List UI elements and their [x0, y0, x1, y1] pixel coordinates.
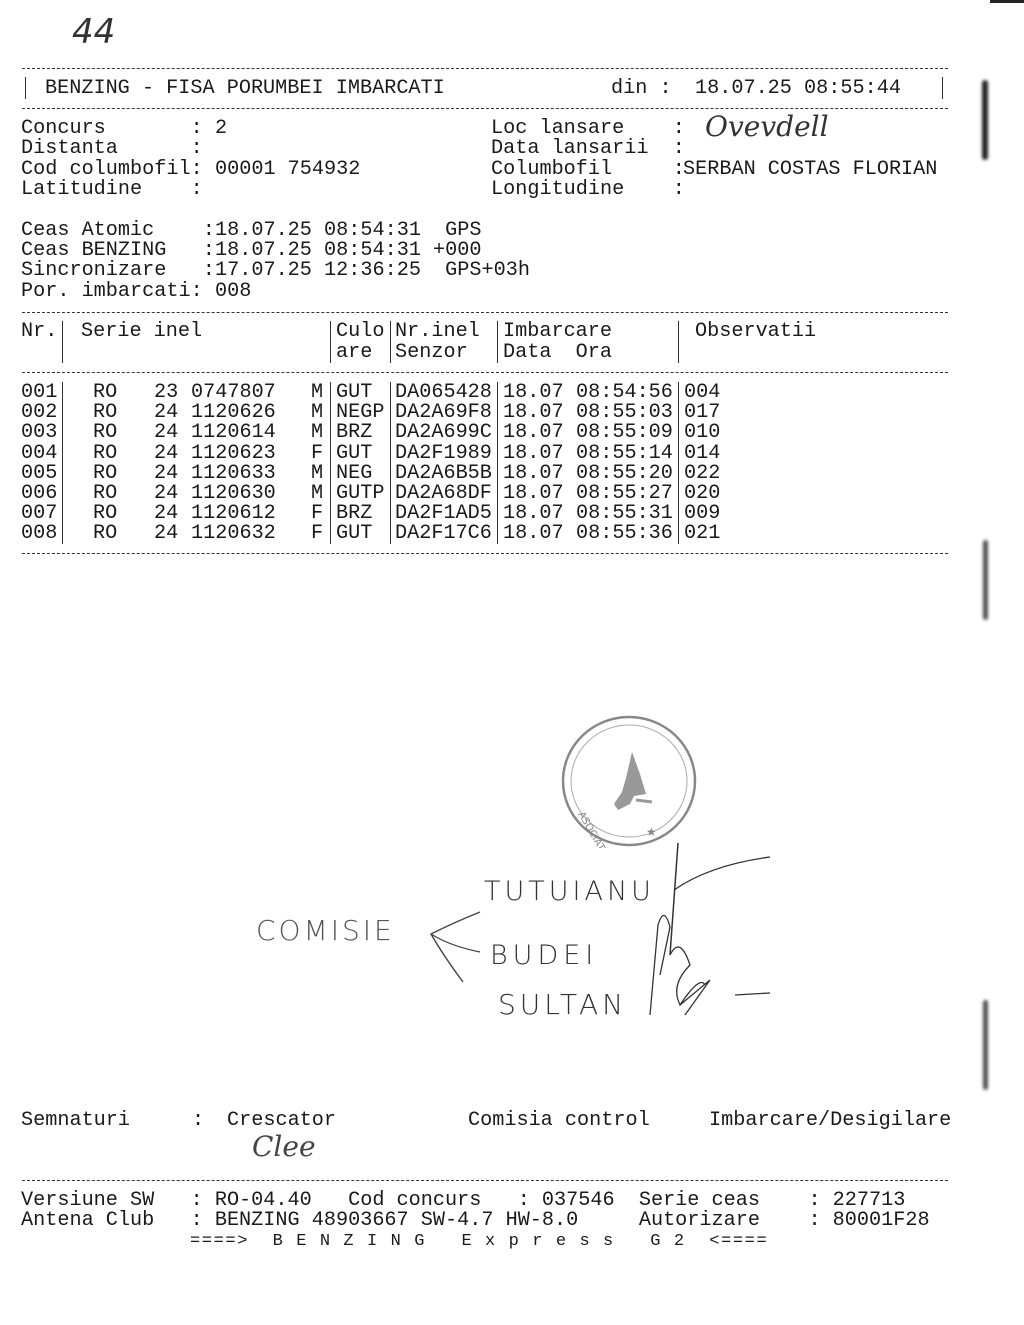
cell-an: 24	[154, 524, 178, 544]
col-nr-header: Nr.	[21, 322, 57, 342]
cell-obs: 017	[684, 403, 720, 423]
column-separator	[390, 422, 391, 443]
column-separator	[330, 463, 331, 484]
column-separator	[497, 382, 498, 403]
cell-sex: M	[311, 383, 323, 403]
document-title: BENZING - FISA PORUMBEI IMBARCATI	[45, 79, 445, 99]
cell-nr: 003	[21, 423, 57, 443]
cell-data: 18.07	[503, 444, 564, 464]
cell-an: 24	[154, 423, 178, 443]
footer-line-2: Antena Club : BENZING 48903667 SW-4.7 HW…	[21, 1211, 930, 1231]
column-separator	[497, 483, 498, 504]
cell-obs: 022	[684, 464, 720, 484]
stamp-icon: ★ ASOCIATIA	[560, 714, 698, 848]
cell-inel: 1120612	[191, 504, 276, 524]
cell-culoare: NEG	[336, 464, 372, 484]
cell-culoare: GUT	[336, 444, 372, 464]
signatures-scribble-icon	[630, 835, 780, 1025]
column-separator	[330, 382, 331, 403]
col-culoare-header-1: Culo	[336, 322, 384, 342]
latitudine-label: Latitudine :	[21, 180, 203, 200]
cell-nr: 002	[21, 403, 57, 423]
cell-ora: 08:55:31	[576, 504, 673, 524]
cell-obs: 009	[684, 504, 720, 524]
table-bottom-rule	[22, 553, 948, 554]
cell-sex: M	[311, 484, 323, 504]
imbarcare-desigilare-label: Imbarcare/Desigilare	[709, 1111, 951, 1131]
cell-ora: 08:55:03	[576, 403, 673, 423]
cell-inel: 1120614	[191, 423, 276, 443]
scan-mark	[982, 80, 988, 160]
table-header-rule	[22, 372, 948, 373]
cell-obs: 014	[684, 444, 720, 464]
cell-ora: 08:55:09	[576, 423, 673, 443]
header-bottom-rule	[22, 108, 948, 109]
scan-mark	[983, 540, 988, 620]
cell-senzor: DA2A699C	[395, 423, 492, 443]
cell-sex: F	[311, 444, 323, 464]
col-imbarcare-header-1: Imbarcare	[503, 322, 612, 342]
cell-culoare: BRZ	[336, 423, 372, 443]
cell-obs: 004	[684, 383, 720, 403]
cell-obs: 021	[684, 524, 720, 544]
handwritten-page-number: 44	[72, 12, 115, 52]
columbofil-value: SERBAN COSTAS FLORIAN	[683, 160, 937, 180]
cell-an: 24	[154, 464, 178, 484]
cell-nr: 001	[21, 383, 57, 403]
cell-senzor: DA2A6B5B	[395, 464, 492, 484]
cell-inel: 1120623	[191, 444, 276, 464]
cell-ora: 08:55:27	[576, 484, 673, 504]
cell-data: 18.07	[503, 484, 564, 504]
cell-senzor: DA2A69F8	[395, 403, 492, 423]
column-separator	[678, 483, 679, 504]
cell-sex: M	[311, 423, 323, 443]
cell-senzor: DA065428	[395, 383, 492, 403]
comisie-note: COMISIE	[256, 914, 395, 947]
cell-an: 24	[154, 484, 178, 504]
cell-an: 24	[154, 504, 178, 524]
cell-ora: 08:55:36	[576, 524, 673, 544]
concurs-value: 2	[215, 119, 227, 139]
col-imbarcare-header-2: Data Ora	[503, 343, 612, 363]
print-date-label: din :	[611, 79, 672, 99]
table-top-rule	[22, 312, 948, 313]
cell-culoare: BRZ	[336, 504, 372, 524]
header-right-bar	[942, 77, 943, 99]
column-separator	[390, 402, 391, 423]
header-sep	[330, 321, 331, 363]
porumbei-imbarcati-label: Por. imbarcati:	[21, 282, 203, 302]
cell-an: 23	[154, 383, 178, 403]
column-separator	[390, 382, 391, 403]
cell-sex: F	[311, 524, 323, 544]
cell-ora: 08:54:56	[576, 383, 673, 403]
cod-columbofil-value: 00001 754932	[215, 160, 360, 180]
cell-inel: 0747807	[191, 383, 276, 403]
commission-name-2: BUDEI	[490, 940, 598, 971]
distanta-label: Distanta :	[21, 139, 203, 159]
column-separator	[678, 463, 679, 484]
print-date-value: 18.07.25 08:55:44	[695, 79, 901, 99]
cell-tara: RO	[93, 504, 117, 524]
cell-senzor: DA2A68DF	[395, 484, 492, 504]
cell-an: 24	[154, 403, 178, 423]
cell-inel: 1120632	[191, 524, 276, 544]
column-separator	[62, 483, 63, 504]
col-serie-header: Serie inel	[81, 322, 202, 342]
header-sep	[390, 321, 391, 363]
col-senzor-header-1: Nr.inel	[395, 322, 480, 342]
cell-tara: RO	[93, 403, 117, 423]
cell-nr: 004	[21, 444, 57, 464]
cell-senzor: DA2F17C6	[395, 524, 492, 544]
cell-data: 18.07	[503, 504, 564, 524]
column-separator	[390, 483, 391, 504]
column-separator	[62, 523, 63, 544]
cell-sex: M	[311, 403, 323, 423]
cell-data: 18.07	[503, 464, 564, 484]
column-separator	[62, 402, 63, 423]
column-separator	[678, 422, 679, 443]
column-separator	[497, 503, 498, 524]
cell-culoare: GUT	[336, 383, 372, 403]
cell-tara: RO	[93, 484, 117, 504]
column-separator	[330, 443, 331, 464]
cell-senzor: DA2F1989	[395, 444, 492, 464]
cell-tara: RO	[93, 423, 117, 443]
sincronizare-value: 17.07.25 12:36:25 GPS+03h	[215, 261, 530, 281]
col-senzor-header-2: Senzor	[395, 343, 468, 363]
column-separator	[678, 443, 679, 464]
cell-data: 18.07	[503, 524, 564, 544]
cell-senzor: DA2F1AD5	[395, 504, 492, 524]
column-separator	[678, 402, 679, 423]
column-separator	[330, 503, 331, 524]
footer-rule	[22, 1180, 948, 1181]
cell-culoare: GUTP	[336, 484, 384, 504]
column-separator	[390, 443, 391, 464]
column-separator	[330, 402, 331, 423]
cell-data: 18.07	[503, 383, 564, 403]
cell-inel: 1120626	[191, 403, 276, 423]
longitudine-label: Longitudine :	[491, 180, 685, 200]
column-separator	[497, 422, 498, 443]
cell-tara: RO	[93, 383, 117, 403]
cell-data: 18.07	[503, 423, 564, 443]
commission-name-3: SULTAN	[498, 988, 627, 1021]
column-separator	[390, 523, 391, 544]
column-separator	[330, 422, 331, 443]
scan-mark	[983, 1000, 988, 1090]
cell-inel: 1120630	[191, 484, 276, 504]
footer-banner: ====> B E N Z I N G E x p r e s s G 2 <=…	[190, 1232, 768, 1252]
crescator-signature: Clee	[252, 1130, 316, 1163]
crescator-label: Crescator	[227, 1111, 336, 1131]
cell-inel: 1120633	[191, 464, 276, 484]
header-sep	[62, 321, 63, 363]
scan-edge	[990, 0, 1024, 3]
cell-tara: RO	[93, 524, 117, 544]
cell-ora: 08:55:14	[576, 444, 673, 464]
loc-lansare-handwritten: Ovevdell	[705, 110, 829, 143]
porumbei-imbarcati-value: 008	[215, 282, 251, 302]
header-sep	[497, 321, 498, 363]
cell-obs: 020	[684, 484, 720, 504]
cell-tara: RO	[93, 444, 117, 464]
cell-ora: 08:55:20	[576, 464, 673, 484]
cell-data: 18.07	[503, 403, 564, 423]
col-observatii-header: Observatii	[695, 322, 816, 342]
cell-culoare: NEGP	[336, 403, 384, 423]
semnaturi-label: Semnaturi	[21, 1111, 130, 1131]
cell-obs: 010	[684, 423, 720, 443]
column-separator	[678, 382, 679, 403]
semnaturi-colon: :	[192, 1111, 204, 1131]
cell-culoare: GUT	[336, 524, 372, 544]
column-separator	[62, 443, 63, 464]
cell-nr: 007	[21, 504, 57, 524]
cell-nr: 008	[21, 524, 57, 544]
column-separator	[678, 503, 679, 524]
comisia-control-label: Comisia control	[468, 1111, 650, 1131]
column-separator	[62, 382, 63, 403]
column-separator	[497, 402, 498, 423]
header-sep	[678, 321, 679, 363]
header-top-rule	[22, 68, 948, 69]
column-separator	[390, 503, 391, 524]
column-separator	[62, 503, 63, 524]
cell-an: 24	[154, 444, 178, 464]
column-separator	[497, 463, 498, 484]
association-stamp: ★ ASOCIATIA	[560, 714, 698, 848]
column-separator	[390, 463, 391, 484]
cell-nr: 005	[21, 464, 57, 484]
data-lansarii-label: Data lansarii :	[491, 139, 685, 159]
cell-nr: 006	[21, 484, 57, 504]
column-separator	[330, 523, 331, 544]
column-separator	[497, 443, 498, 464]
cell-sex: F	[311, 504, 323, 524]
column-separator	[62, 463, 63, 484]
cell-tara: RO	[93, 464, 117, 484]
column-separator	[678, 523, 679, 544]
column-separator	[497, 523, 498, 544]
header-left-bar	[25, 77, 26, 99]
column-separator	[330, 483, 331, 504]
cell-sex: M	[311, 464, 323, 484]
col-culoare-header-2: are	[336, 343, 372, 363]
column-separator	[62, 422, 63, 443]
sincronizare-label: Sincronizare :	[21, 261, 215, 281]
